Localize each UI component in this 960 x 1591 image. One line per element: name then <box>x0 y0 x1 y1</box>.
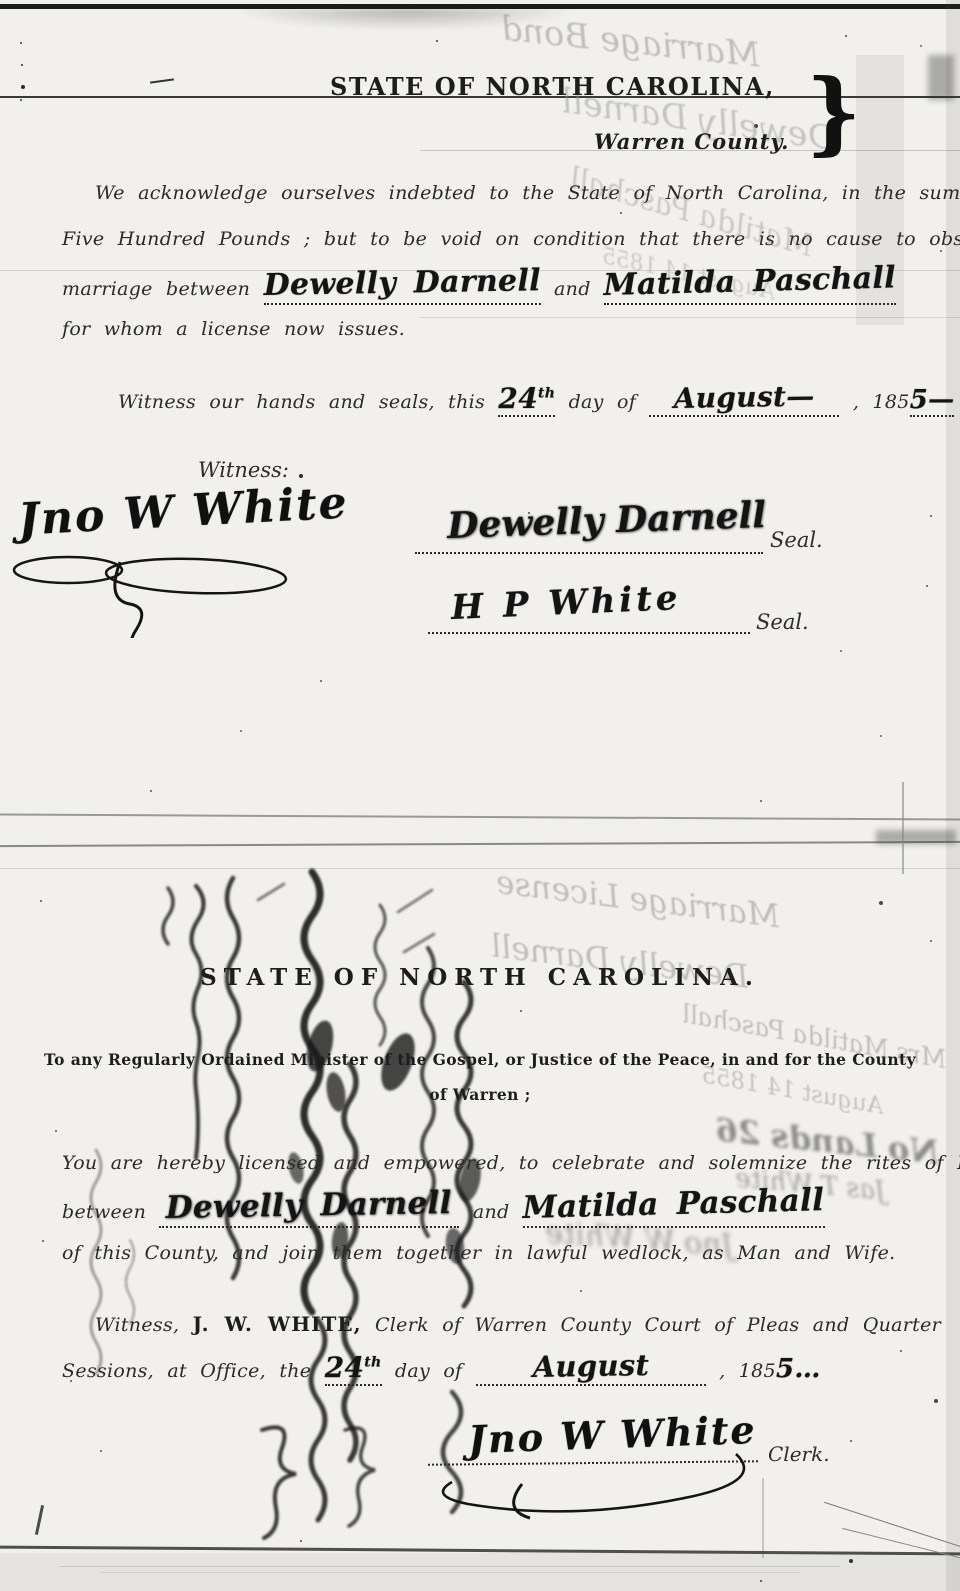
license-addressee-line1: To any Regularly Ordained Minister of th… <box>0 1050 960 1069</box>
clerk-signature: Jno W White <box>467 1407 757 1462</box>
clerk-label: Clerk. <box>768 1442 830 1466</box>
license-day: 24th <box>325 1351 382 1386</box>
bond-line3-pre: marriage between <box>62 278 250 300</box>
bond-line3-mid: and <box>554 278 591 300</box>
top-edge-line <box>0 4 960 9</box>
bond-groom-name: Dewelly Darnell <box>263 263 541 303</box>
bottom-faint-line-2 <box>100 1572 800 1573</box>
license-witness-line2: Sessions, at Office, the 24th day of Aug… <box>62 1350 821 1386</box>
license-bride-fill: Matilda Paschall <box>523 1190 825 1228</box>
license-title: STATE OF NORTH CAROLINA. <box>0 964 960 991</box>
bond-witness-pre: Witness our hands and seals, this <box>118 391 485 413</box>
paper-speckles <box>0 0 2 2</box>
faint-line-3 <box>420 317 960 318</box>
license-witness-post: Clerk of Warren County Court of Pleas an… <box>375 1314 941 1336</box>
license-clerk-name: J. W. WHITE, <box>193 1312 362 1336</box>
license-body-line2: between Dewelly Darnell and Matilda Pasc… <box>62 1190 825 1228</box>
bond-body-line4: for whom a license now issues. <box>62 318 405 340</box>
bleedthrough-marriage-bond: Marriage Bond <box>499 8 762 75</box>
diag-scratch-2 <box>842 1528 960 1565</box>
license-day-suffix: th <box>364 1355 381 1371</box>
bottom-band <box>0 1553 960 1591</box>
license-body-line3: of this County, and join them together i… <box>62 1242 896 1264</box>
fold-line-2 <box>0 841 960 847</box>
fold-line-3 <box>0 868 960 869</box>
license-addressee-line2: of Warren ; <box>0 1085 960 1104</box>
vertical-crease-mid-right <box>902 782 904 874</box>
seal1-label: Seal. <box>770 528 823 552</box>
bond-witness-mid: day of <box>569 391 637 413</box>
bond-day: 24th <box>498 382 555 417</box>
bond-groom-fill: Dewelly Darnell <box>264 268 541 305</box>
bond-witness-label: Witness: <box>198 458 289 482</box>
license-bride-name: Matilda Paschall <box>522 1182 825 1226</box>
bond-county: Warren County. <box>594 129 790 154</box>
bond-day-suffix: th <box>538 386 555 402</box>
pen-tick-topleft <box>150 78 174 83</box>
license-witness2-mid: day of <box>395 1360 463 1382</box>
bond-year-printed: , 185 <box>853 391 910 413</box>
license-line2-mid: and <box>473 1201 510 1223</box>
seal2-signature: H P White <box>450 578 682 628</box>
fold-smudge-right <box>876 830 956 844</box>
bond-month-fill: August— <box>649 382 839 417</box>
fold-line-1 <box>0 813 960 820</box>
bottom-fold-line <box>0 1546 960 1556</box>
county-brace: } <box>806 59 861 165</box>
license-groom-fill: Dewelly Darnell <box>159 1190 459 1228</box>
bottom-faint-line-1 <box>60 1566 840 1567</box>
vertical-crease-bottom <box>762 1478 764 1558</box>
license-month: August <box>532 1348 649 1384</box>
bond-witness-signature: Jno W White <box>17 477 350 545</box>
license-year-printed: , 185 <box>719 1360 776 1382</box>
bond-body-line2: Five Hundred Pounds ; but to be void on … <box>62 228 960 250</box>
license-witness2-pre: Sessions, at Office, the <box>62 1360 311 1382</box>
license-witness-pre: Witness, <box>95 1314 179 1336</box>
seal-line-1 <box>415 552 763 554</box>
seal1-signature: Dewelly Darnell <box>447 494 767 547</box>
bleedthrough-marriage-license: Marriage License <box>494 863 782 936</box>
diag-scratch-1 <box>824 1502 960 1555</box>
right-top-blotch <box>928 55 954 100</box>
witness-signature-flourish <box>6 548 346 638</box>
seal2-label: Seal. <box>756 610 809 634</box>
bond-bride-name: Matilda Paschall <box>603 260 896 303</box>
bond-title: STATE OF NORTH CAROLINA, <box>330 72 775 101</box>
license-body-line1: You are hereby licensed and empowered, t… <box>62 1152 960 1174</box>
bond-body-line3: marriage between Dewelly Darnell and Mat… <box>62 268 896 305</box>
license-month-fill: August <box>476 1350 706 1386</box>
pen-mark-bottomleft <box>35 1505 44 1535</box>
seal-line-2 <box>428 632 750 634</box>
bond-witness-line: Witness our hands and seals, this 24th d… <box>118 382 954 417</box>
bond-body-line1: We acknowledge ourselves indebted to the… <box>95 182 960 204</box>
license-witness-line1: Witness, J. W. WHITE, Clerk of Warren Co… <box>95 1312 941 1336</box>
bond-year-written: 5— <box>910 385 955 417</box>
license-groom-name: Dewelly Darnell <box>166 1185 453 1226</box>
bond-bride-fill: Matilda Paschall <box>604 268 896 305</box>
license-year-written: 5… <box>776 1354 821 1384</box>
scanned-marriage-bond-document: { "bond": { "title": "STATE OF NORTH CAR… <box>0 0 960 1591</box>
bond-month: August— <box>673 380 814 415</box>
license-line2-pre: between <box>62 1201 146 1223</box>
